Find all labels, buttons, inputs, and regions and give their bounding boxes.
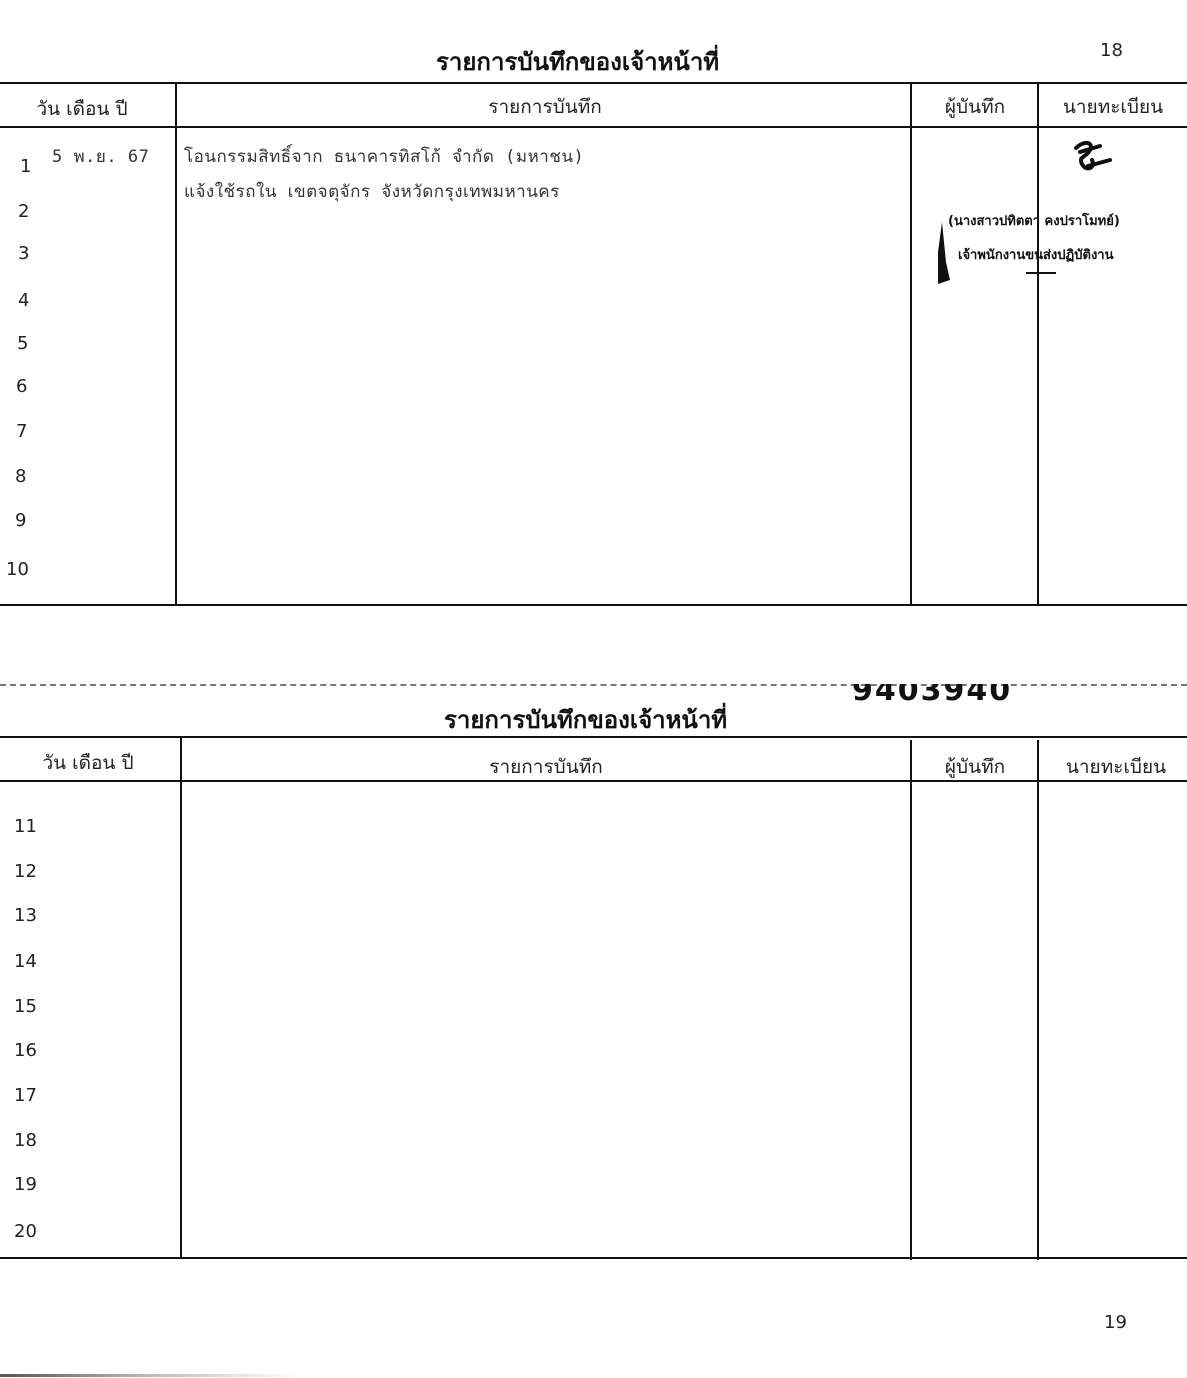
entry-line: แจ้งใช้รถใน เขตจตุจักร จังหวัดกรุงเทพมหา…	[184, 178, 560, 205]
serial-number: 9403940	[852, 684, 1012, 708]
row-number: 3	[18, 243, 29, 264]
row-number: 6	[16, 376, 27, 397]
column-header-recorder: ผู้บันทึก	[945, 752, 1005, 782]
row-number: 17	[14, 1085, 37, 1106]
row-number: 1	[20, 156, 31, 177]
row-number: 16	[14, 1040, 37, 1061]
row-number: 20	[14, 1221, 37, 1242]
column-header-registrar: นายทะเบียน	[1063, 92, 1163, 122]
signature-mark-icon	[1070, 138, 1114, 178]
row-number: 2	[18, 201, 29, 222]
stamp-mark-icon	[936, 222, 950, 284]
row-number: 18	[14, 1130, 37, 1151]
official-stamp: (นางสาวปทิตตา คงปราโมทย์) เจ้าพนักงานขนส…	[936, 208, 1176, 288]
column-header-date: วัน เดือน ปี	[42, 748, 133, 778]
row-number: 13	[14, 905, 37, 926]
row-number: 19	[14, 1174, 37, 1195]
row-number: 11	[14, 816, 37, 837]
page-title-top: รายการบันทึกของเจ้าหน้าที่	[436, 42, 719, 81]
page-title-bottom: รายการบันทึกของเจ้าหน้าที่	[444, 700, 727, 739]
stamp-official-position: เจ้าพนักงานขนส่งปฏิบัติงาน	[958, 244, 1114, 265]
column-header-recorder: ผู้บันทึก	[945, 92, 1005, 122]
column-header-registrar: นายทะเบียน	[1066, 752, 1166, 782]
page-edge-shadow	[0, 1374, 300, 1377]
entry-line: โอนกรรมสิทธิ์จาก ธนาคารทิสโก้ จำกัด (มหา…	[184, 143, 584, 170]
row-number: 14	[14, 951, 37, 972]
row-number: 7	[16, 421, 27, 442]
column-header-entry: รายการบันทึก	[488, 92, 601, 122]
column-header-entry: รายการบันทึก	[489, 752, 602, 782]
page-number-bottom: 19	[1104, 1312, 1127, 1333]
column-header-date: วัน เดือน ปี	[36, 94, 127, 124]
row-number: 5	[17, 333, 28, 354]
row-number: 9	[15, 510, 26, 531]
row-number: 8	[15, 466, 26, 487]
page-number-top: 18	[1100, 40, 1123, 61]
row-number: 4	[18, 290, 29, 311]
row-number: 10	[6, 559, 29, 580]
row-number: 12	[14, 861, 37, 882]
stamp-official-name: (นางสาวปทิตตา คงปราโมทย์)	[948, 210, 1120, 231]
entry-date: 5 พ.ย. 67	[52, 143, 149, 170]
row-number: 15	[14, 996, 37, 1017]
